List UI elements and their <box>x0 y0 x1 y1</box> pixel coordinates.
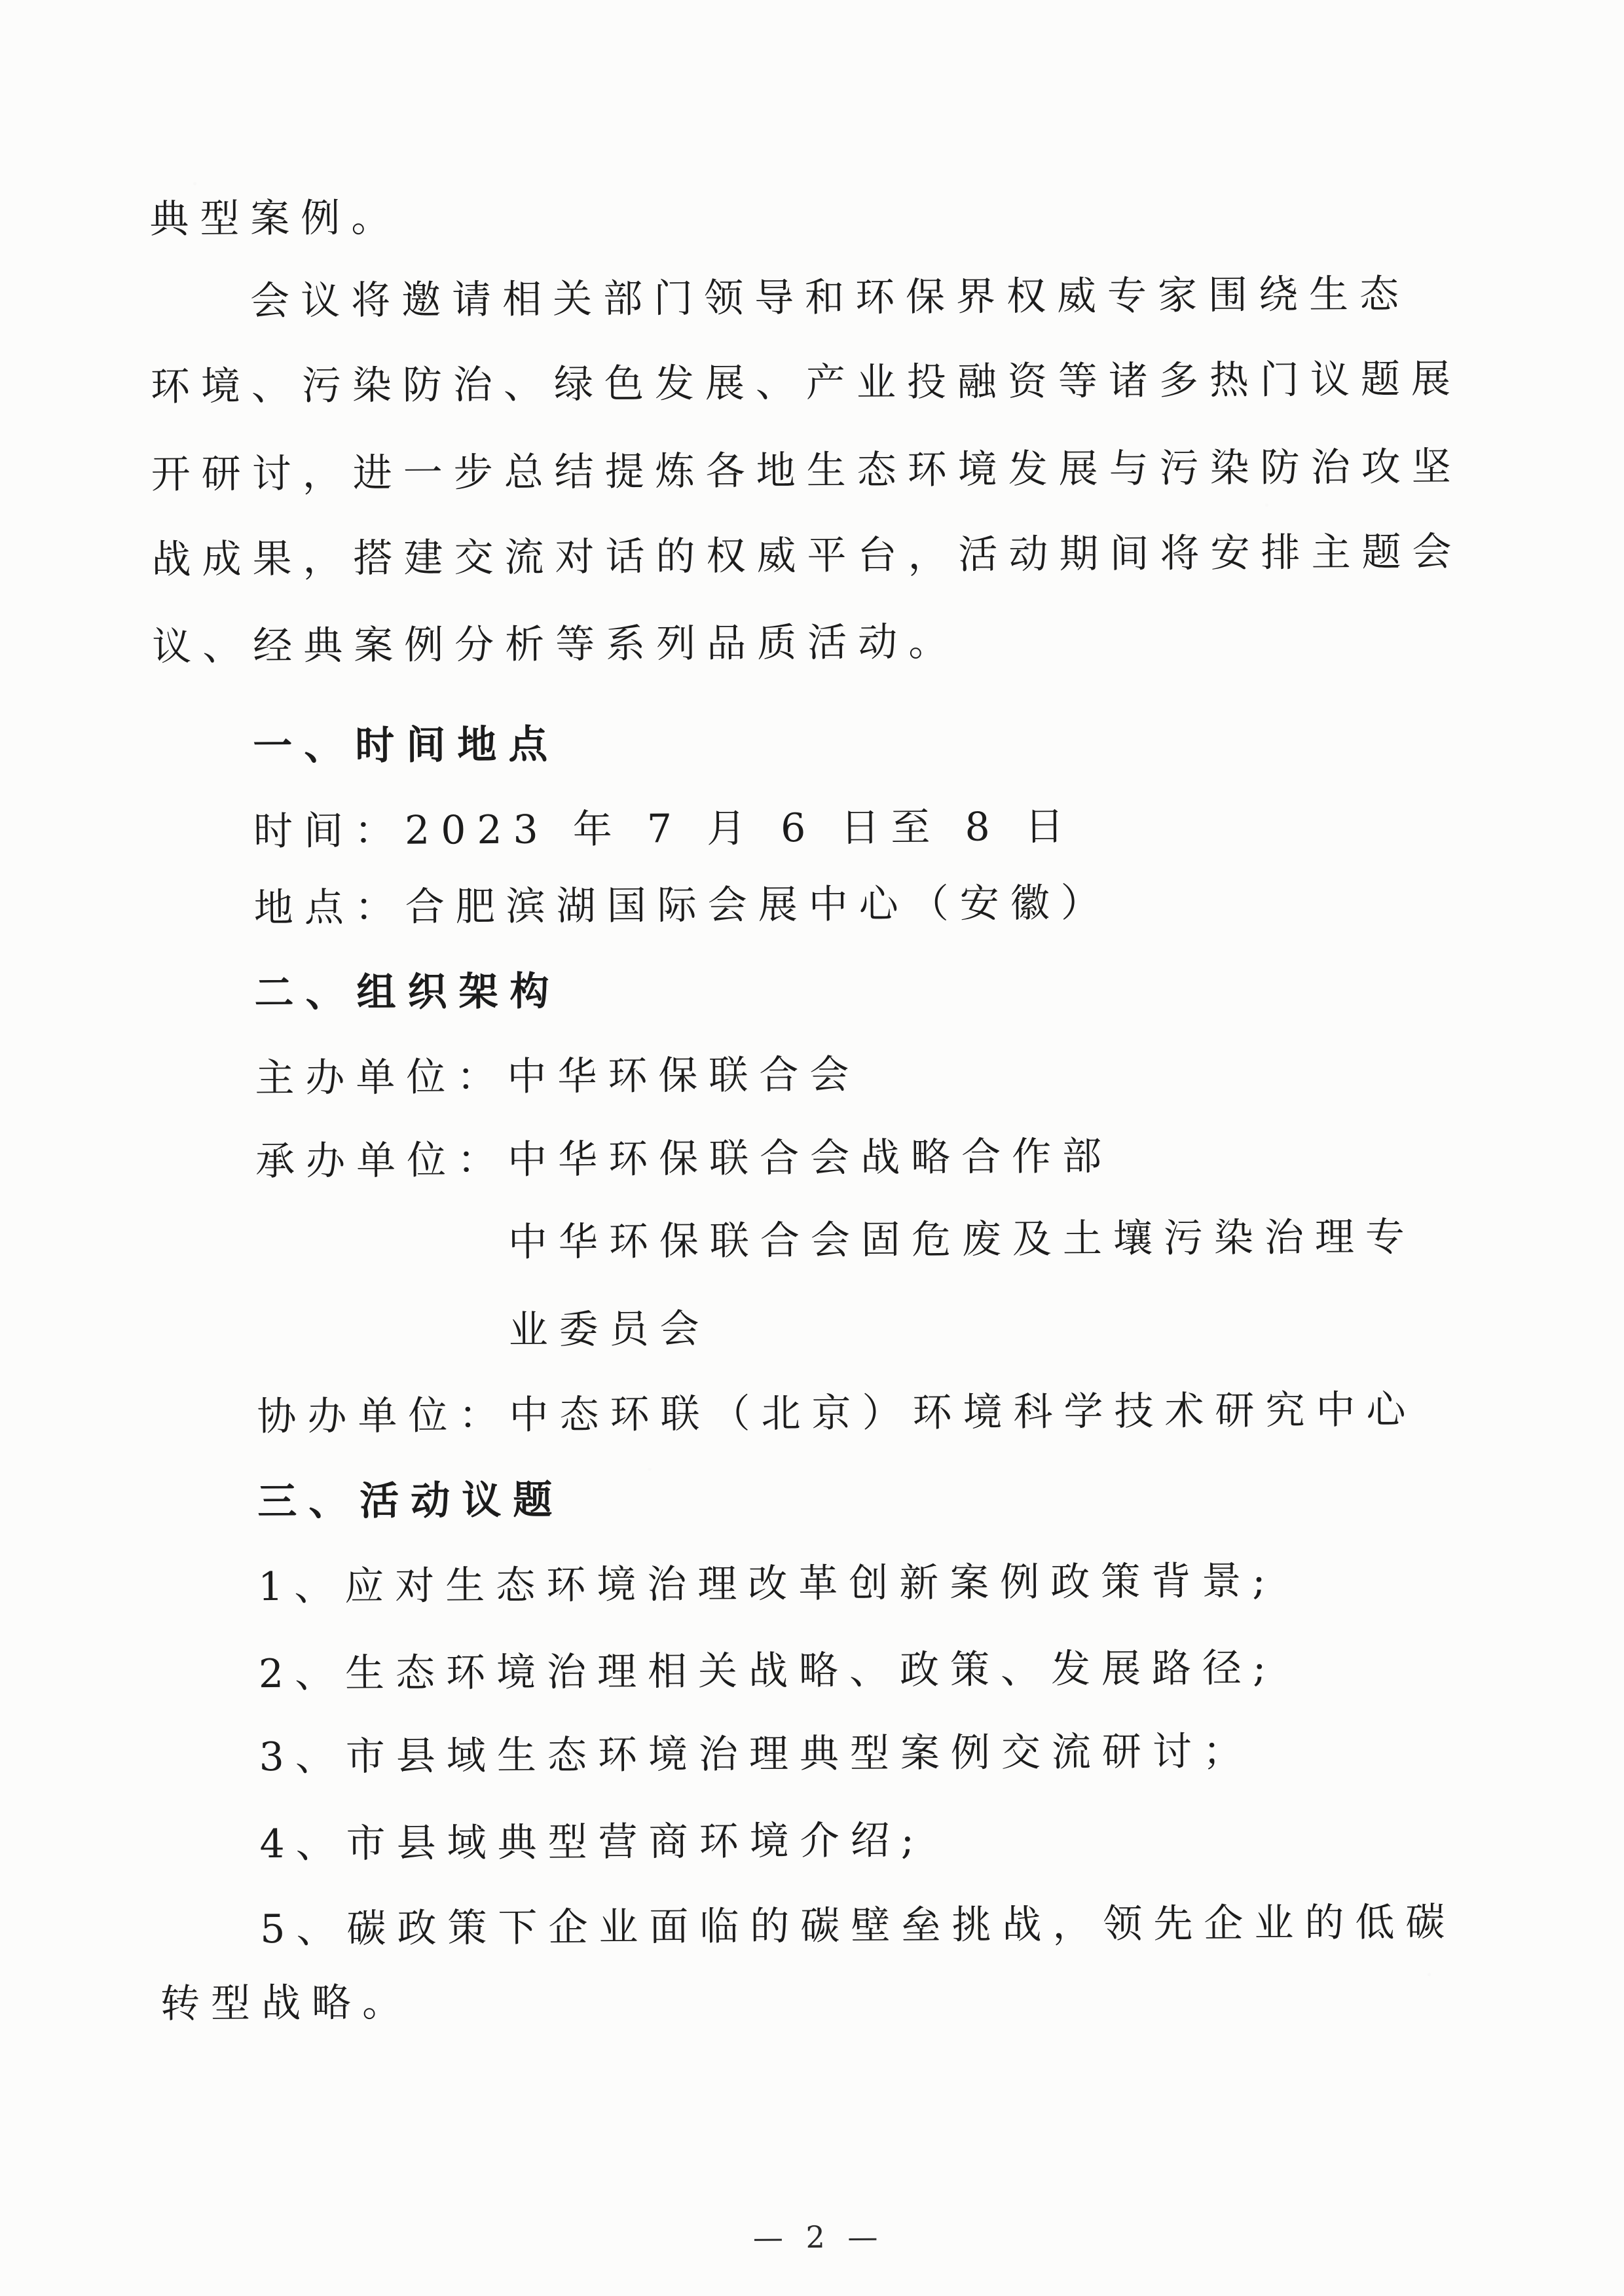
page-number: — 2 — <box>7 2214 1624 2259</box>
text-line: 地点：合肥滨湖国际会展中心（安徽） <box>254 883 1111 928</box>
text-line: 议、经典案例分析等系列品质活动。 <box>152 623 959 667</box>
text-line: 会议将邀请相关部门领导和环保界权威专家围绕生态 <box>250 274 1410 321</box>
text-line: 业委员会 <box>509 1309 710 1350</box>
section-heading: 三、活动议题 <box>257 1480 564 1522</box>
text-line: 3、市县域生态环境治理典型案例交流研讨； <box>259 1732 1253 1777</box>
text-line: 协办单位：中态环联（北京）环境科学技术研究中心 <box>257 1390 1416 1436</box>
text-line: 中华环保联合会固危废及土壤污染治理专 <box>508 1217 1416 1262</box>
section-heading: 一、时间地点 <box>253 725 559 766</box>
text-line: 开研讨，进一步总结提炼各地生态环境发展与污染防治攻坚 <box>151 447 1462 494</box>
text-block: 典型案例。会议将邀请相关部门领导和环保界权威专家围绕生态环境、污染防治、绿色发展… <box>0 0 1617 5</box>
text-line: 典型案例。 <box>149 198 401 239</box>
document-page: 典型案例。会议将邀请相关部门领导和环保界权威专家围绕生态环境、污染防治、绿色发展… <box>0 0 1624 2296</box>
text-line: 2、生态环境治理相关战略、政策、发展路径; <box>259 1649 1278 1694</box>
page-content: 典型案例。会议将邀请相关部门领导和环保界权威专家围绕生态环境、污染防治、绿色发展… <box>0 0 1624 2296</box>
text-line: 承办单位：中华环保联合会战略合作部 <box>255 1137 1113 1181</box>
text-line: 战成果，搭建交流对话的权威平台，活动期间将安排主题会 <box>151 532 1462 579</box>
section-heading: 二、组织架构 <box>254 972 561 1013</box>
text-line: 时间：2023 年 7 月 6 日至 8 日 <box>253 807 1075 852</box>
text-line: 转型战略。 <box>160 1983 413 2024</box>
text-line: 环境、污染防治、绿色发展、产业投融资等诸多热门议题展 <box>151 359 1462 407</box>
text-line: 5、碳政策下企业面临的碳壁垒挑战，领先企业的低碳 <box>260 1903 1456 1949</box>
text-line: 4、市县域典型营商环境介绍; <box>259 1821 925 1864</box>
text-line: 1、应对生态环境治理改革创新案例政策背景; <box>258 1561 1277 1607</box>
text-line: 主办单位：中华环保联合会 <box>255 1055 860 1099</box>
